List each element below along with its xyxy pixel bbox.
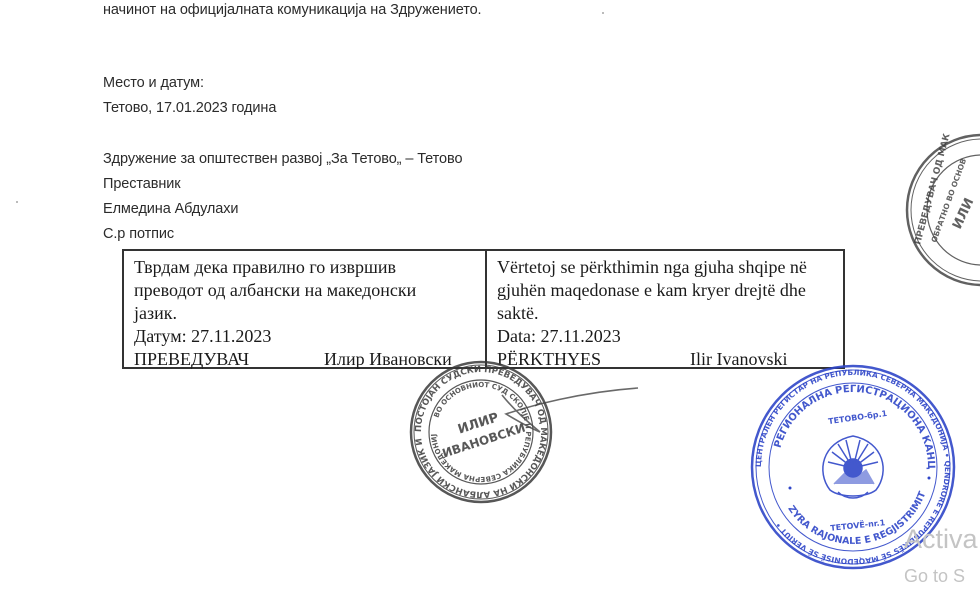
signature-label: С.р потпис (103, 226, 174, 242)
coat-of-arms-icon (823, 436, 883, 498)
cert-mk-line: јазик. (134, 302, 485, 325)
cert-sq-date: Data: 27.11.2023 (497, 325, 843, 348)
certification-macedonian: Тврдам дека правилно го извршив преводот… (124, 251, 487, 367)
registry-city-top: ТЕТОВО-бр.1 (828, 408, 889, 426)
representative-name: Елмедина Абдулахи (103, 201, 238, 217)
organization-name: Здружение за општествен развој „За Тетов… (103, 151, 462, 167)
place-date-value: Тетово, 17.01.2023 година (103, 100, 276, 116)
scan-speck (602, 12, 604, 14)
cert-sq-line: saktë. (497, 302, 843, 325)
translator-role-mk: ПРЕВЕДУВАЧ (134, 348, 249, 371)
activation-watermark-title: Activa (904, 524, 978, 555)
activation-watermark-subtitle: Go to S (904, 566, 965, 587)
scan-speck (16, 201, 18, 203)
representative-label: Преставник (103, 176, 181, 192)
svg-text:ИЛИ: ИЛИ (950, 196, 977, 232)
cert-sq-line: Vërtetoj se përkthimin nga gjuha shqipe … (497, 256, 843, 279)
place-date-label: Место и датум: (103, 75, 204, 91)
cert-mk-date: Датум: 27.11.2023 (134, 325, 485, 348)
translation-certification-box: Тврдам дека правилно го извршив преводот… (122, 249, 845, 369)
cert-sq-line: gjuhën maqedonase e kam kryer drejtë dhe (497, 279, 843, 302)
translator-stamp-partial: ПРЕВЕДУВАЧ ОД МАК ОБРАТНО ВО ОСНОВ ИЛИ (902, 125, 980, 295)
cert-mk-line: Тврдам дека правилно го извршив (134, 256, 485, 279)
handwritten-signature (480, 380, 680, 460)
paragraph-ending: начинот на официјалната комуникација на … (103, 2, 481, 18)
certification-albanian: Vërtetoj se përkthimin nga gjuha shqipe … (487, 251, 843, 367)
cert-mk-line: преводот од албански на македонски (134, 279, 485, 302)
registry-city-bottom: TETOVË-nr.1 (830, 517, 886, 533)
